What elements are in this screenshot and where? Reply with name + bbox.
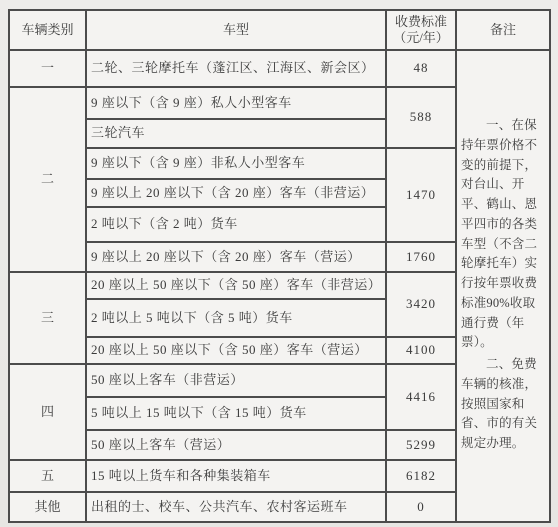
vehicle-type-cell: 5 吨以上 15 吨以下（含 15 吨）货车 (86, 397, 386, 430)
fee-cell: 48 (386, 50, 456, 87)
header-category: 车辆类别 (9, 10, 86, 50)
vehicle-type-cell: 20 座以上 50 座以下（含 50 座）客车（营运） (86, 337, 386, 364)
category-cell-4: 四 (9, 364, 86, 460)
remarks-cell: 一、在保持年票价格不变的前提下，对台山、开平、鹤山、恩平四市的各类车型（不含二轮… (456, 50, 550, 522)
vehicle-type-cell: 二轮、三轮摩托车（蓬江区、江海区、新会区） (86, 50, 386, 87)
vehicle-type-cell: 出租的士、校车、公共汽车、农村客运班车 (86, 492, 386, 522)
vehicle-type-cell: 9 座以下（含 9 座）非私人小型客车 (86, 148, 386, 179)
remarks-item-2: 二、免费车辆的核准，按照国家和省、市的有关规定办理。 (461, 355, 545, 454)
document-page: 车辆类别 车型 收费标准 （元/年） 备注 一 二轮、三轮摩托车（蓬江区、江海区… (0, 0, 558, 527)
header-row: 车辆类别 车型 收费标准 （元/年） 备注 (9, 10, 550, 50)
fee-cell: 4416 (386, 364, 456, 430)
fee-cell: 1760 (386, 242, 456, 272)
vehicle-type-cell: 9 座以下（含 9 座）私人小型客车 (86, 87, 386, 119)
category-cell-2: 二 (9, 87, 86, 272)
vehicle-type-cell: 20 座以上 50 座以下（含 50 座）客车（非营运） (86, 272, 386, 299)
header-remarks: 备注 (456, 10, 550, 50)
fee-cell: 588 (386, 87, 456, 148)
fee-cell: 0 (386, 492, 456, 522)
vehicle-type-cell: 50 座以上客车（非营运） (86, 364, 386, 397)
fee-cell: 3420 (386, 272, 456, 337)
fee-cell: 6182 (386, 460, 456, 492)
table-row: 一 二轮、三轮摩托车（蓬江区、江海区、新会区） 48 一、在保持年票价格不变的前… (9, 50, 550, 87)
header-fee-standard: 收费标准 （元/年） (386, 10, 456, 50)
vehicle-type-cell: 9 座以上 20 座以下（含 20 座）客车（营运） (86, 242, 386, 272)
vehicle-type-cell: 2 吨以上 5 吨以下（含 5 吨）货车 (86, 299, 386, 337)
category-cell-1: 一 (9, 50, 86, 87)
fee-cell: 4100 (386, 337, 456, 364)
vehicle-type-cell: 2 吨以下（含 2 吨）货车 (86, 207, 386, 242)
header-fee-line2: （元/年） (391, 30, 451, 46)
category-cell-3: 三 (9, 272, 86, 364)
header-vehicle-type: 车型 (86, 10, 386, 50)
category-cell-5: 五 (9, 460, 86, 492)
category-cell-other: 其他 (9, 492, 86, 522)
toll-fee-table: 车辆类别 车型 收费标准 （元/年） 备注 一 二轮、三轮摩托车（蓬江区、江海区… (8, 9, 551, 523)
vehicle-type-cell: 三轮汽车 (86, 119, 386, 148)
vehicle-type-cell: 50 座以上客车（营运） (86, 430, 386, 460)
header-fee-line1: 收费标准 (391, 14, 451, 30)
fee-cell: 5299 (386, 430, 456, 460)
vehicle-type-cell: 9 座以上 20 座以下（含 20 座）客车（非营运） (86, 179, 386, 207)
fee-cell: 1470 (386, 148, 456, 242)
remarks-item-1: 一、在保持年票价格不变的前提下，对台山、开平、鹤山、恩平四市的各类车型（不含二轮… (461, 116, 545, 353)
vehicle-type-cell: 15 吨以上货车和各种集装箱车 (86, 460, 386, 492)
